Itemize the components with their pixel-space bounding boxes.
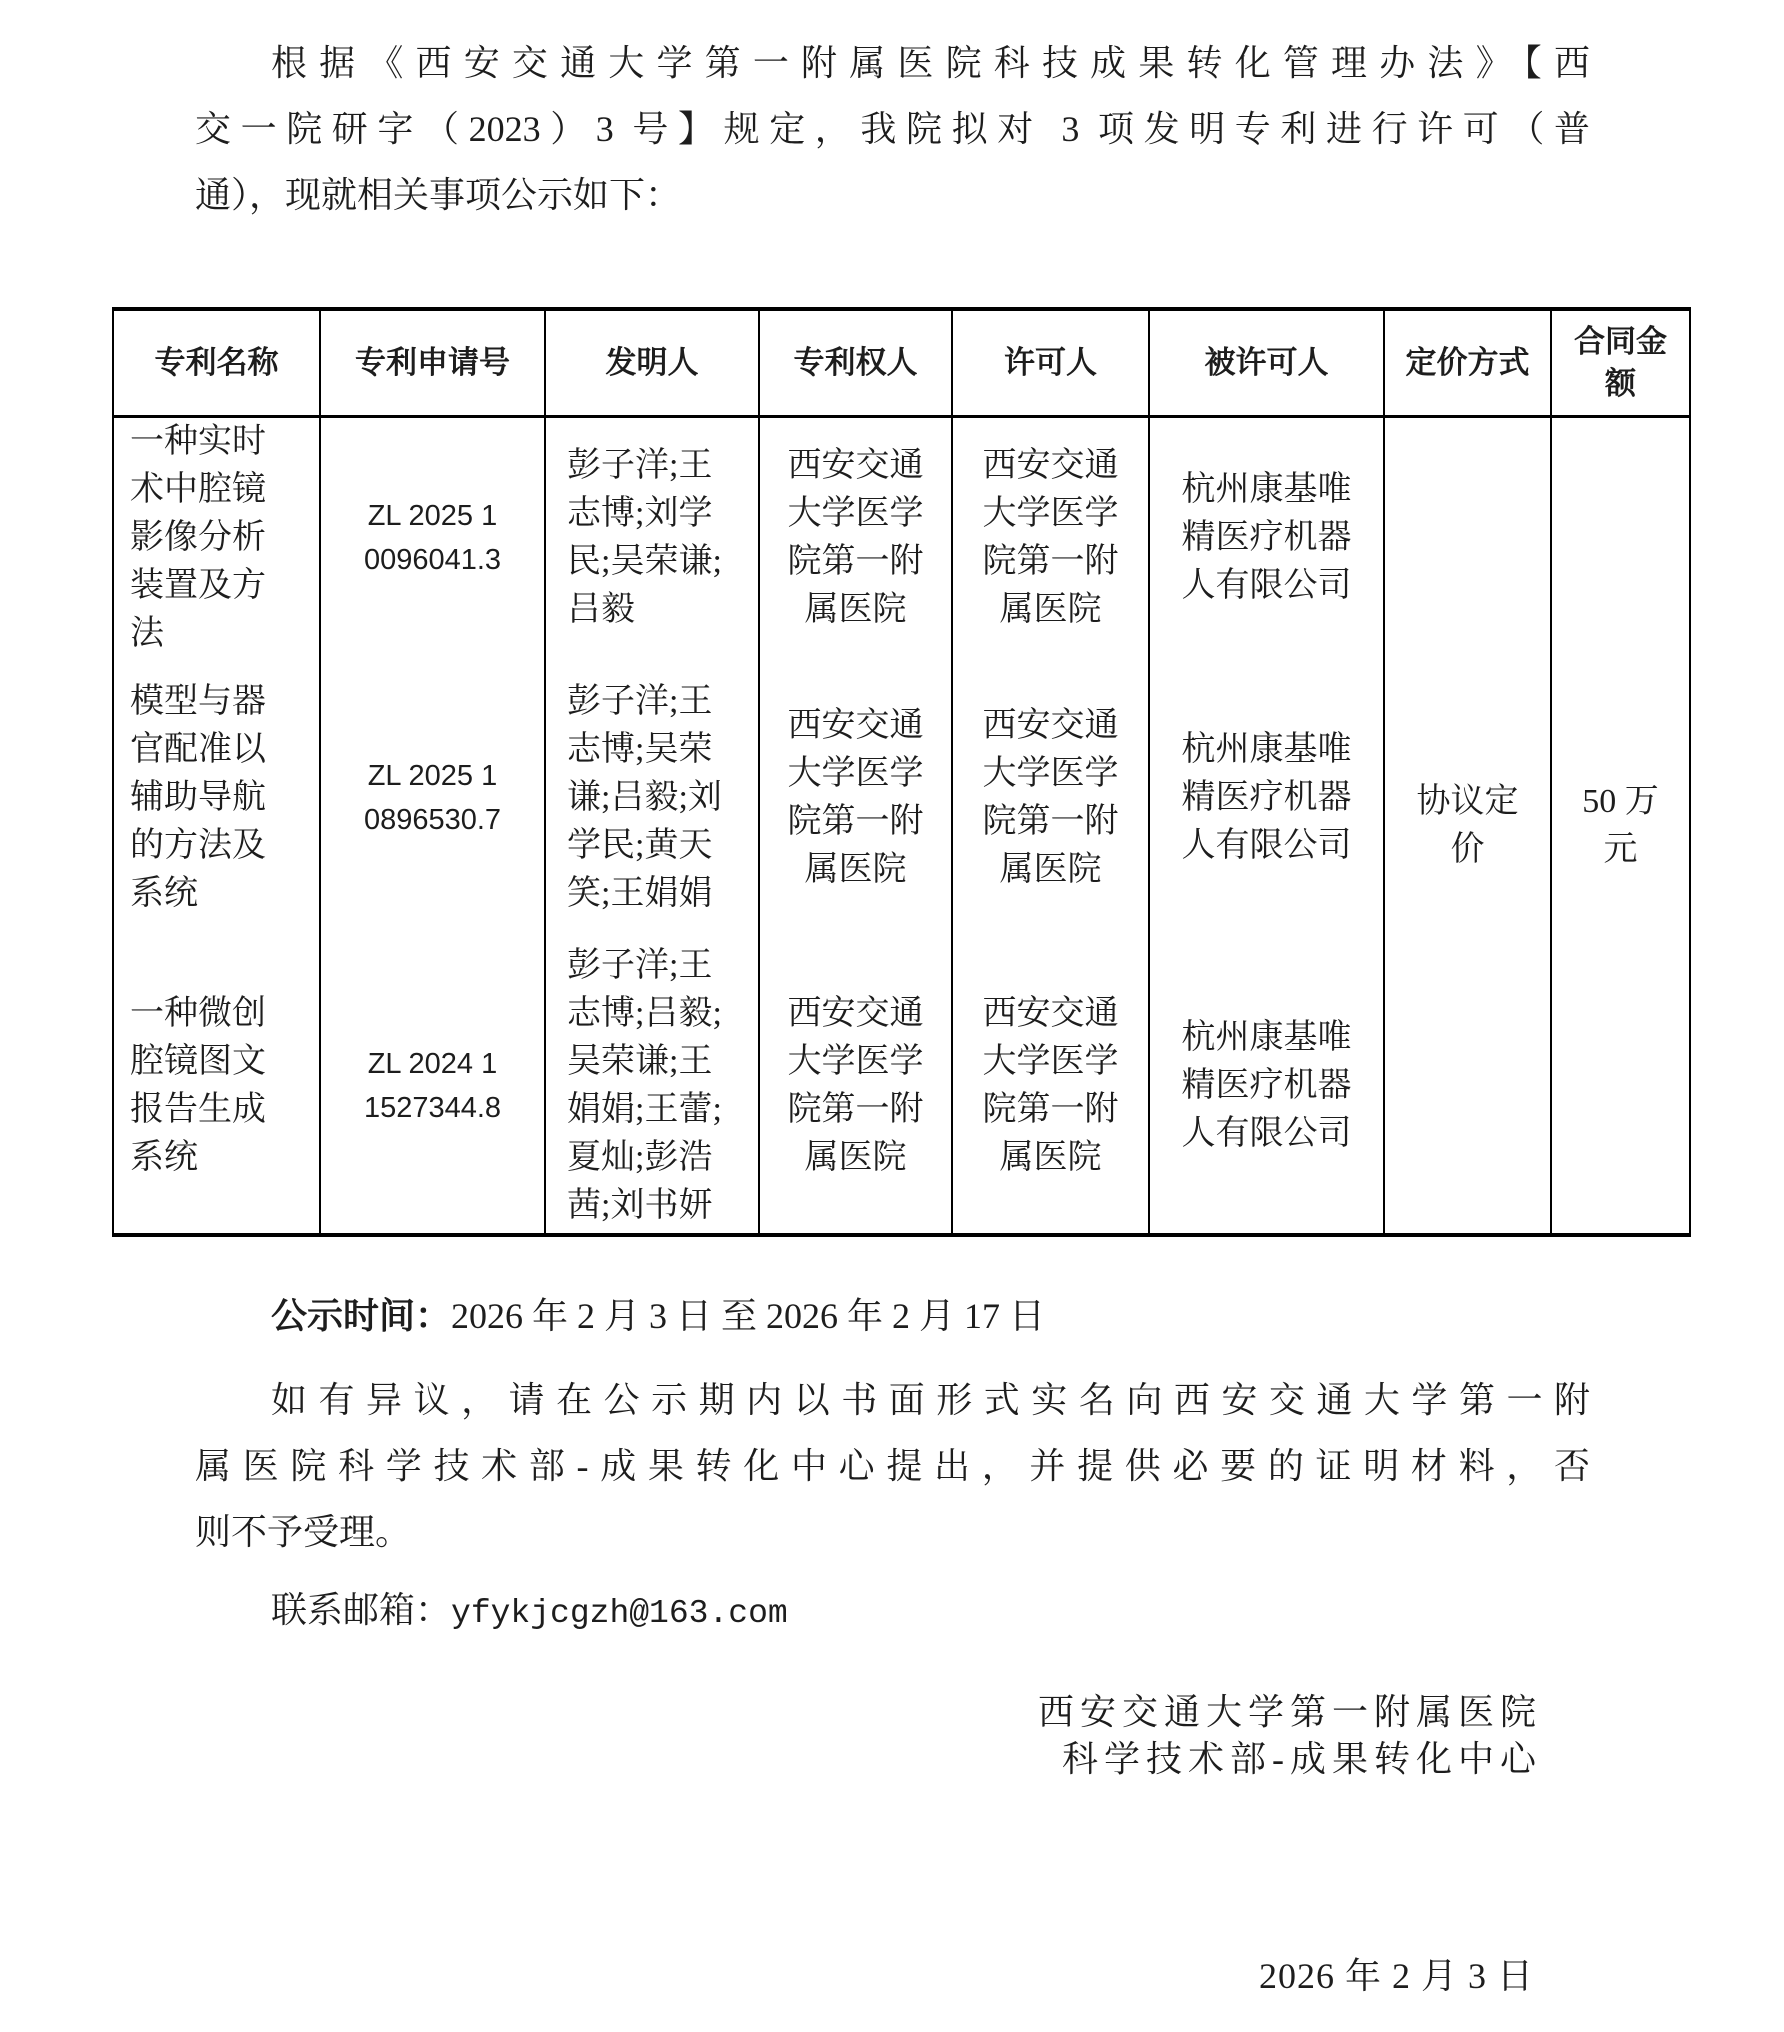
objection-line-1: 如有异议，请在公示期内以书面形式实名向西安交通大学第一附 [195, 1367, 1590, 1433]
patent-name-cell: 一种微创腔镜图文报告生成系统 [113, 938, 320, 1235]
header-licensee: 被许可人 [1149, 309, 1384, 417]
header-contract-amount: 合同金额 [1551, 309, 1690, 417]
licensor-cell: 西安交通大学医学院第一附属医院 [952, 658, 1149, 938]
header-application-no: 专利申请号 [320, 309, 545, 417]
publicity-period-label: 公示时间： [271, 1296, 451, 1336]
application-no-cell: ZL 2025 1 0096041.3 [320, 417, 545, 659]
contact-line: 联系邮箱：yfykjcgzh@163.com [195, 1577, 1590, 1647]
publicity-period-line: 公示时间：2026 年 2 月 3 日 至 2026 年 2 月 17 日 [195, 1283, 1590, 1349]
header-licensor: 许可人 [952, 309, 1149, 417]
licensor-cell: 西安交通大学医学院第一附属医院 [952, 417, 1149, 659]
application-no-cell: ZL 2025 1 0896530.7 [320, 658, 545, 938]
patentee-cell: 西安交通大学医学院第一附属医院 [759, 938, 952, 1235]
licensor-cell: 西安交通大学医学院第一附属医院 [952, 938, 1149, 1235]
inventors-cell: 彭子洋;王志博;吴荣谦;吕毅;刘学民;黄天笑;王娟娟 [545, 658, 759, 938]
pricing-method-cell: 协议定价 [1384, 417, 1551, 1236]
signature-block: 西安交通大学第一附属医院 科学技术部-成果转化中心 [0, 1689, 1784, 1783]
inventors-cell: 彭子洋;王志博;刘学民;吴荣谦;吕毅 [545, 417, 759, 659]
inventors-cell: 彭子洋;王志博;吕毅;吴荣谦;王娟娟;王蕾;夏灿;彭浩茜;刘书妍 [545, 938, 759, 1235]
document-page: 根据《西安交通大学第一附属医院科技成果转化管理办法》【西 交一院研字（2023）… [0, 0, 1784, 2032]
header-patentee: 专利权人 [759, 309, 952, 417]
objection-line-2: 属医院科学技术部-成果转化中心提出，并提供必要的证明材料，否 [195, 1433, 1590, 1499]
patent-name-cell: 模型与器官配准以辅助导航的方法及系统 [113, 658, 320, 938]
intro-line-2: 交一院研字（2023）3 号】规定，我院拟对 3 项发明专利进行许可（普 [195, 96, 1590, 162]
contact-label: 联系邮箱： [271, 1590, 451, 1630]
licensee-cell: 杭州康基唯精医疗机器人有限公司 [1149, 658, 1384, 938]
intro-paragraph: 根据《西安交通大学第一附属医院科技成果转化管理办法》【西 交一院研字（2023）… [195, 30, 1590, 228]
signature-org-line-1: 西安交通大学第一附属医院 [0, 1689, 1542, 1736]
patent-row-1: 一种实时术中腔镜影像分析装置及方法 ZL 2025 1 0096041.3 彭子… [113, 417, 1690, 659]
patentee-cell: 西安交通大学医学院第一附属医院 [759, 658, 952, 938]
signature-date: 2026 年 2 月 3 日 [0, 1951, 1784, 2001]
signature-org-line-2: 科学技术部-成果转化中心 [0, 1736, 1542, 1783]
contact-email: yfykjcgzh@163.com [451, 1595, 788, 1632]
contract-amount-cell: 50 万元 [1551, 417, 1690, 1236]
patent-name-cell: 一种实时术中腔镜影像分析装置及方法 [113, 417, 320, 659]
header-patent-name: 专利名称 [113, 309, 320, 417]
intro-line-3: 通），现就相关事项公示如下： [195, 162, 1590, 228]
objection-paragraph: 如有异议，请在公示期内以书面形式实名向西安交通大学第一附 属医院科学技术部-成果… [195, 1367, 1590, 1565]
licensee-cell: 杭州康基唯精医疗机器人有限公司 [1149, 938, 1384, 1235]
publicity-period-value: 2026 年 2 月 3 日 至 2026 年 2 月 17 日 [451, 1296, 1045, 1336]
application-no-cell: ZL 2024 1 1527344.8 [320, 938, 545, 1235]
header-inventors: 发明人 [545, 309, 759, 417]
patent-license-table: 专利名称 专利申请号 发明人 专利权人 许可人 被许可人 定价方式 合同金额 一… [112, 307, 1691, 1237]
patentee-cell: 西安交通大学医学院第一附属医院 [759, 417, 952, 659]
table-header-row: 专利名称 专利申请号 发明人 专利权人 许可人 被许可人 定价方式 合同金额 [113, 309, 1690, 417]
header-pricing-method: 定价方式 [1384, 309, 1551, 417]
objection-line-3: 则不予受理。 [195, 1499, 1590, 1565]
licensee-cell: 杭州康基唯精医疗机器人有限公司 [1149, 417, 1384, 659]
intro-line-1: 根据《西安交通大学第一附属医院科技成果转化管理办法》【西 [195, 30, 1590, 96]
